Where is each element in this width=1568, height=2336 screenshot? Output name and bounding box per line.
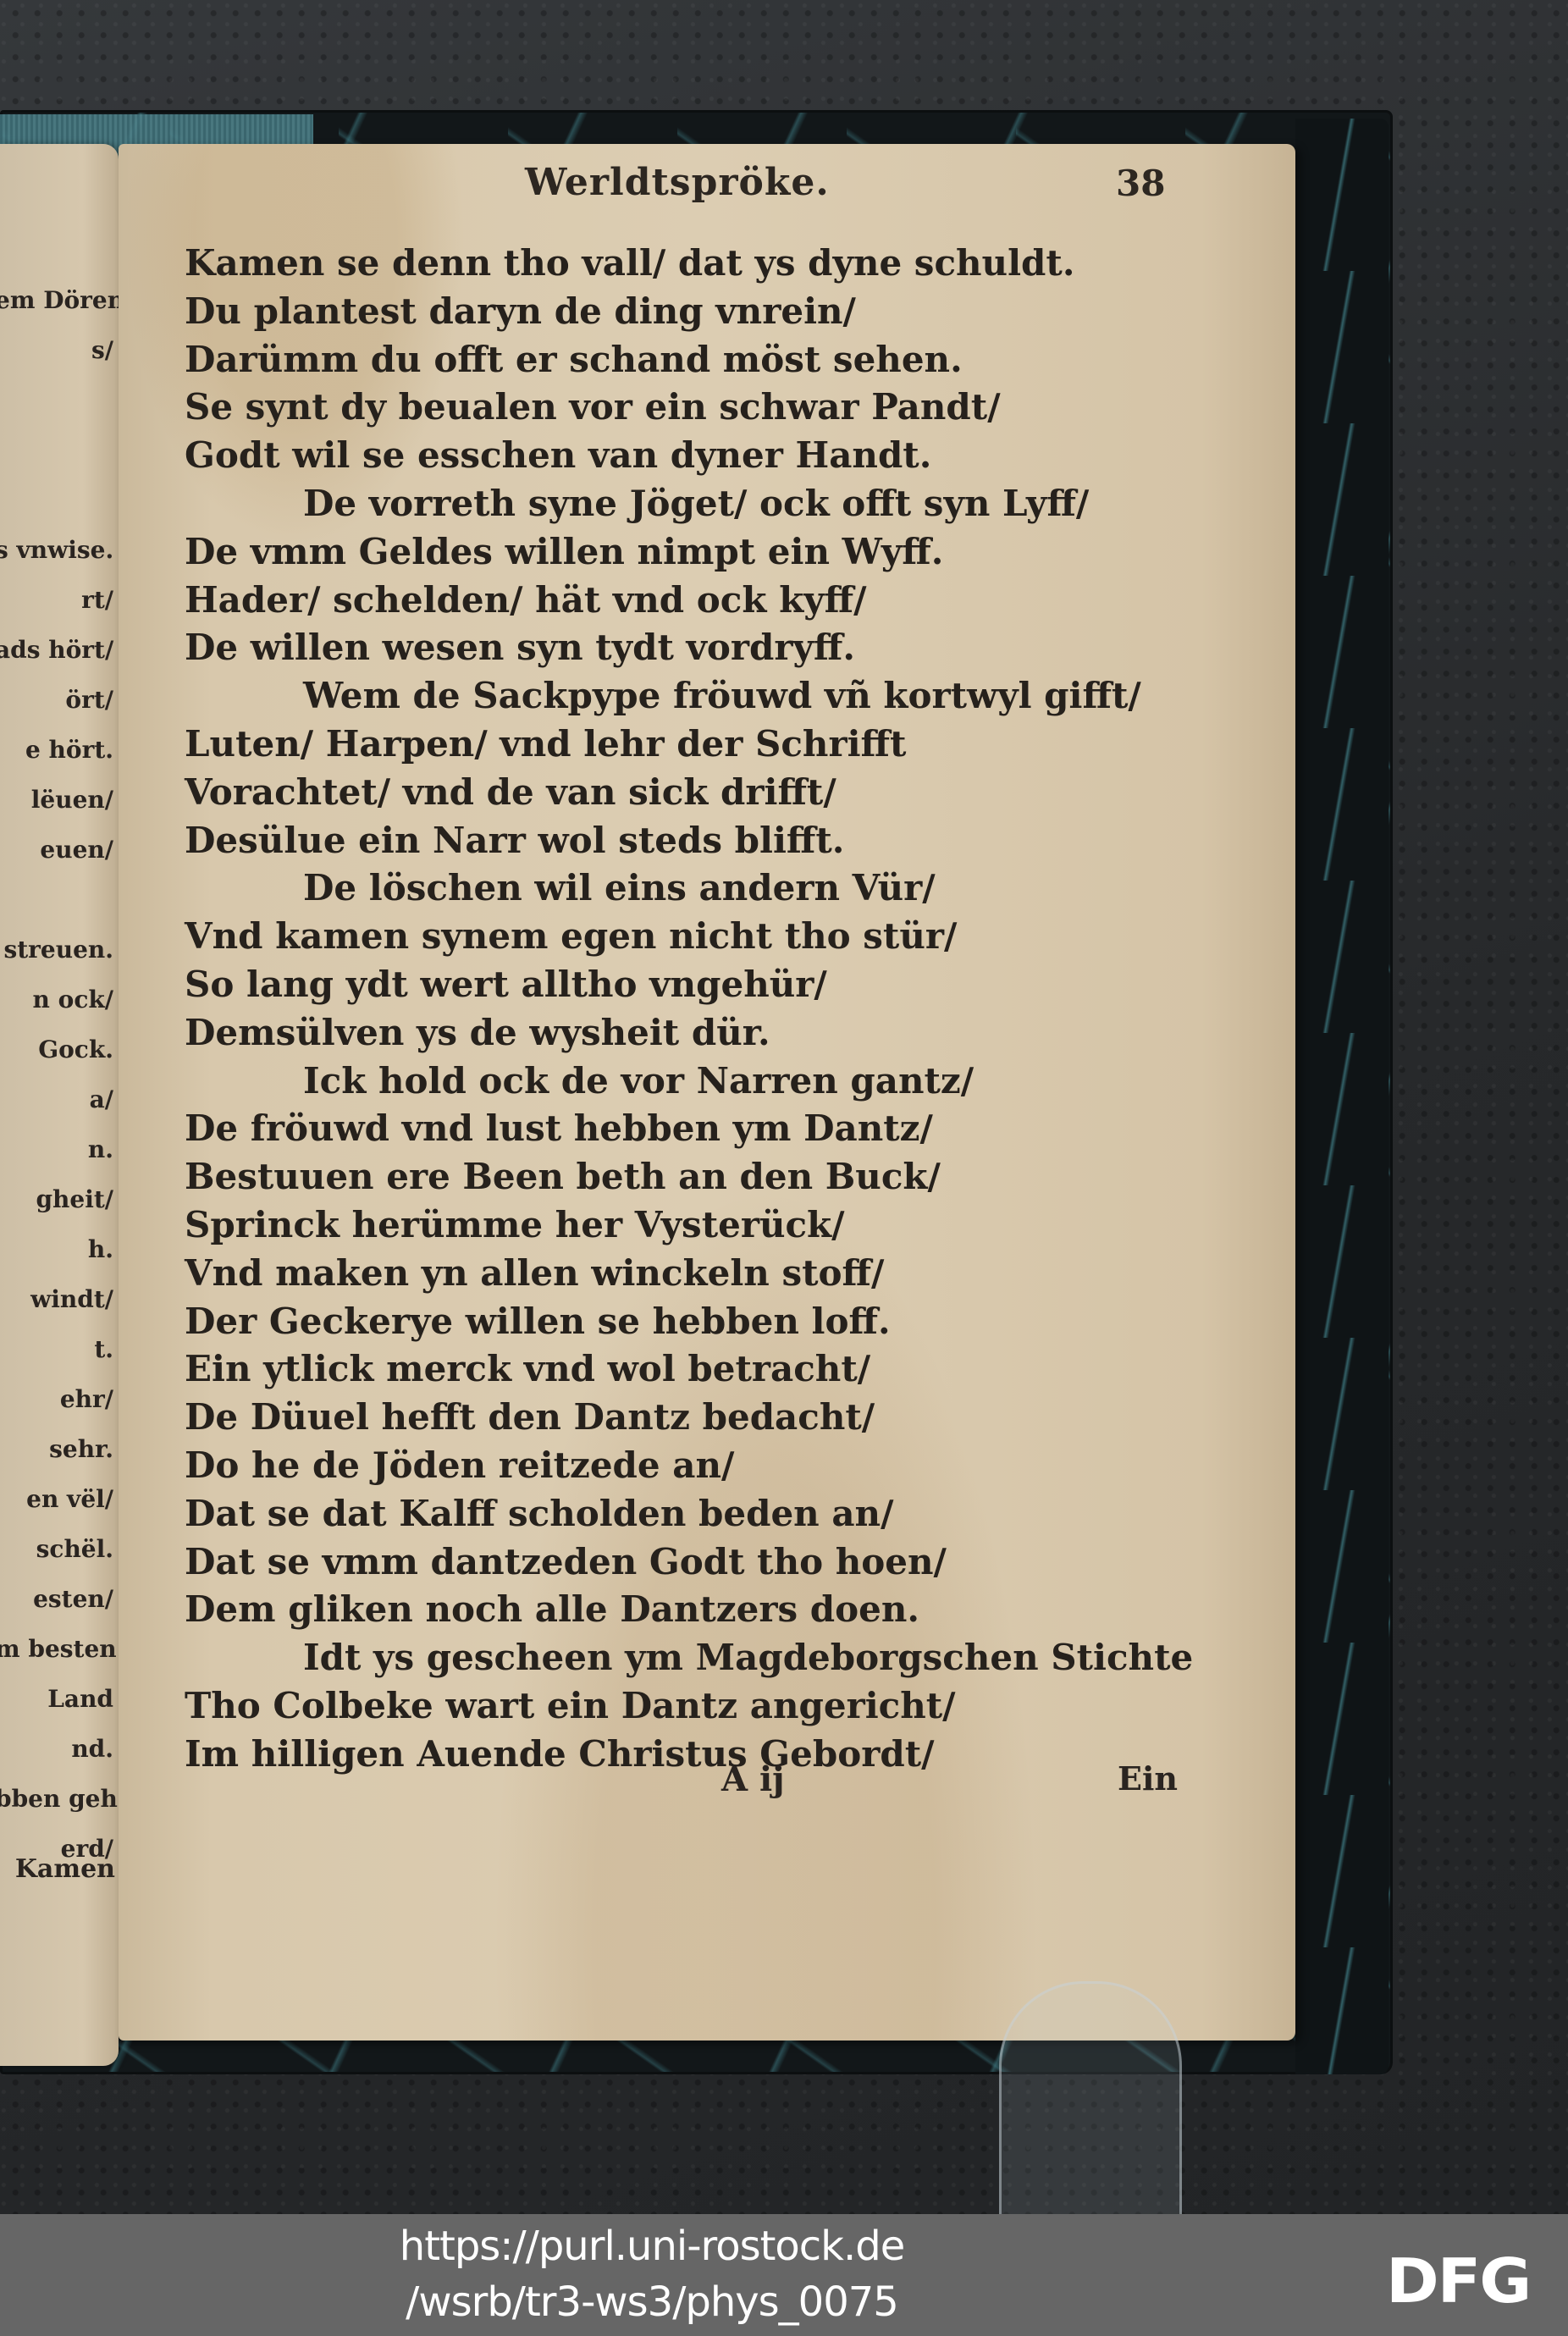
verse-line: Do he de Jöden reitzede an/	[185, 1442, 1201, 1490]
left-page-line-fragment	[0, 384, 113, 434]
left-page-line-fragment: nd.	[0, 1732, 113, 1782]
verse-line: Der Geckerye willen se hebben loff.	[185, 1298, 1201, 1346]
verse-line: Sprinck herümme her Vysterück/	[185, 1201, 1201, 1250]
verse-line: Godt wil se esschen van dyner Handt.	[185, 432, 1201, 480]
verse-text-block: Kamen se denn tho vall/ dat ys dyne schu…	[185, 240, 1201, 1779]
page-number: 38	[1116, 163, 1165, 204]
left-page-line-fragment: n ock/	[0, 983, 113, 1033]
left-page-line-fragment: gheit/	[0, 1183, 113, 1233]
verse-line: Im hilligen Auende Christus Gebordt/	[185, 1731, 1201, 1779]
left-page-line-fragment: windt/	[0, 1283, 113, 1333]
verse-line: Kamen se denn tho vall/ dat ys dyne schu…	[185, 240, 1201, 288]
left-page-line-fragment: schël.	[0, 1532, 113, 1582]
verse-line: Tho Colbeke wart ein Dantz angericht/	[185, 1682, 1201, 1731]
left-page-line-fragment: t.	[0, 1333, 113, 1383]
book-cover-edge	[1295, 119, 1389, 2074]
left-page-line-fragment	[0, 483, 113, 533]
permalink-line-2[interactable]: /wsrb/tr3-ws3/phys_0075	[339, 2274, 965, 2330]
verse-line: De löschen wil eins andern Vür/	[185, 864, 1201, 913]
left-page-line-fragment: Gock.	[0, 1033, 113, 1083]
catchword: Ein	[1118, 1759, 1178, 1798]
left-page-line-fragment: h.	[0, 1233, 113, 1283]
verse-line: Vnd kamen synem egen nicht tho stür/	[185, 913, 1201, 961]
left-page-line-fragment: esten/	[0, 1582, 113, 1632]
verse-line: Dat se dat Kalff scholden beden an/	[185, 1490, 1201, 1538]
verse-line: Demsülven ys de wysheit dür.	[185, 1009, 1201, 1058]
left-page-line-fragment: e hört.	[0, 733, 113, 783]
left-page-line-fragment: m besten.	[0, 1632, 113, 1682]
verse-line: Idt ys gescheen ym Magdeborgschen Sticht…	[185, 1634, 1201, 1682]
left-page-line-fragment: lëuen/	[0, 783, 113, 833]
left-page-catchword: Kamen	[15, 1854, 115, 1884]
dfg-logo: DFG	[1386, 2245, 1530, 2317]
running-head: Werldtspröke.	[525, 161, 830, 204]
left-page-line-fragment: streuen.	[0, 933, 113, 983]
left-page-line-fragment	[0, 434, 113, 483]
left-page-line-fragment: ört/	[0, 683, 113, 733]
left-page-line-fragment: euen/	[0, 833, 113, 883]
left-page-line-fragment: n.	[0, 1133, 113, 1183]
verse-line: De vorreth syne Jöget/ ock offt syn Lyff…	[185, 480, 1201, 528]
left-page-line-fragment: rt/	[0, 583, 113, 633]
left-page: em Dörens/s vnwise.rt/ads hört/ört/e hör…	[0, 144, 119, 2066]
permalink[interactable]: https://purl.uni-rostock.de /wsrb/tr3-ws…	[339, 2218, 965, 2330]
left-page-line-fragment: bben gehört/	[0, 1782, 113, 1832]
verse-line: De fröuwd vnd lust hebben ym Dantz/	[185, 1105, 1201, 1153]
page-holder-strip	[999, 1981, 1182, 2221]
verse-line: Desülue ein Narr wol steds blifft.	[185, 817, 1201, 865]
left-page-line-fragment: sehr.	[0, 1433, 113, 1483]
left-page-line-fragment: em Dören	[0, 284, 113, 334]
left-page-line-fragment: en vël/	[0, 1483, 113, 1532]
left-page-line-fragment: s/	[0, 334, 113, 384]
signature-mark: A ij	[721, 1759, 785, 1799]
verse-line: Luten/ Harpen/ vnd lehr der Schrifft	[185, 721, 1201, 769]
verse-line: Dat se vmm dantzeden Godt tho hoen/	[185, 1538, 1201, 1587]
verse-line: Ein ytlick merck vnd wol betracht/	[185, 1345, 1201, 1394]
verse-line: De vmm Geldes willen nimpt ein Wyff.	[185, 528, 1201, 577]
left-page-text: em Dörens/s vnwise.rt/ads hört/ört/e hör…	[0, 284, 113, 1882]
verse-line: Vorachtet/ vnd de van sick drifft/	[185, 769, 1201, 817]
verse-line: Ick hold ock de vor Narren gantz/	[185, 1058, 1201, 1106]
left-page-line-fragment: a/	[0, 1083, 113, 1133]
verse-line: Se synt dy beualen vor ein schwar Pandt/	[185, 384, 1201, 432]
verse-line: De willen wesen syn tydt vordryff.	[185, 624, 1201, 672]
verse-line: Dem gliken noch alle Dantzers doen.	[185, 1586, 1201, 1634]
left-page-line-fragment: s vnwise.	[0, 533, 113, 583]
verse-line: Vnd maken yn allen winckeln stoff/	[185, 1250, 1201, 1298]
verse-line: Du plantest daryn de ding vnrein/	[185, 288, 1201, 336]
verse-line: So lang ydt wert alltho vngehür/	[185, 961, 1201, 1009]
left-page-line-fragment: ads hört/	[0, 633, 113, 683]
verse-line: Hader/ schelden/ hät vnd ock kyff/	[185, 577, 1201, 625]
left-page-line-fragment: ehr/	[0, 1383, 113, 1433]
permalink-line-1[interactable]: https://purl.uni-rostock.de	[339, 2218, 965, 2274]
verse-line: Bestuuen ere Been beth an den Buck/	[185, 1153, 1201, 1201]
verse-line: Darümm du offt er schand möst sehen.	[185, 336, 1201, 384]
left-page-line-fragment	[0, 883, 113, 933]
left-page-line-fragment: Land	[0, 1682, 113, 1732]
verse-line: Wem de Sackpype fröuwd vñ kortwyl gifft/	[185, 672, 1201, 721]
verse-line: De Düuel hefft den Dantz bedacht/	[185, 1394, 1201, 1442]
